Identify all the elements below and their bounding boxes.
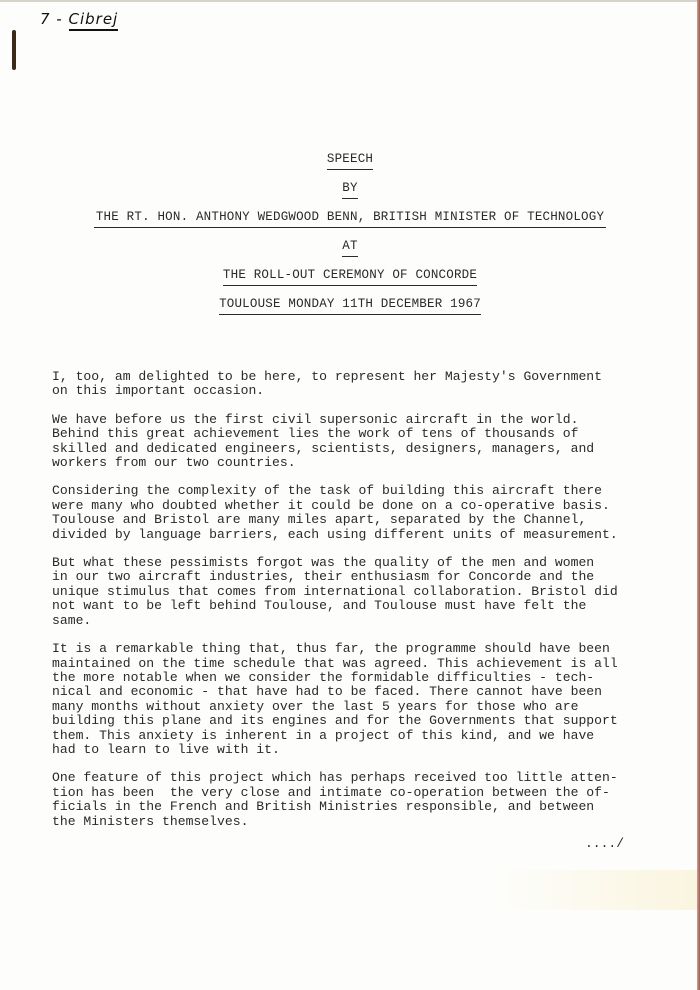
handwritten-note-underlined: Cibrej	[69, 10, 119, 31]
speech-body: I, too, am delighted to be here, to repr…	[52, 370, 672, 843]
heading-line-by: BY	[0, 179, 700, 208]
paper-stain	[497, 870, 697, 910]
speech-title-block: SPEECH BY THE RT. HON. ANTHONY WEDGWOOD …	[0, 150, 700, 324]
heading-line-event: THE ROLL-OUT CEREMONY OF CONCORDE	[0, 266, 700, 295]
continuation-mark: ..../	[585, 836, 624, 851]
page-top-edge	[0, 0, 700, 2]
paragraph: We have before us the first civil supers…	[52, 413, 672, 471]
heading-line-speaker: THE RT. HON. ANTHONY WEDGWOOD BENN, BRIT…	[0, 208, 700, 237]
paragraph: Considering the complexity of the task o…	[52, 484, 672, 542]
paragraph: But what these pessimists forgot was the…	[52, 556, 672, 628]
heading-line-at: AT	[0, 237, 700, 266]
handwritten-reference-note: 7 - Cibrej	[40, 10, 118, 28]
paragraph: One feature of this project which has pe…	[52, 771, 672, 829]
handwritten-note-prefix: 7 -	[40, 10, 69, 28]
paragraph: It is a remarkable thing that, thus far,…	[52, 642, 672, 757]
margin-pen-mark	[12, 30, 16, 70]
heading-line-speech: SPEECH	[0, 150, 700, 179]
heading-line-place-date: TOULOUSE MONDAY 11TH DECEMBER 1967	[0, 295, 700, 324]
paragraph: I, too, am delighted to be here, to repr…	[52, 370, 672, 399]
